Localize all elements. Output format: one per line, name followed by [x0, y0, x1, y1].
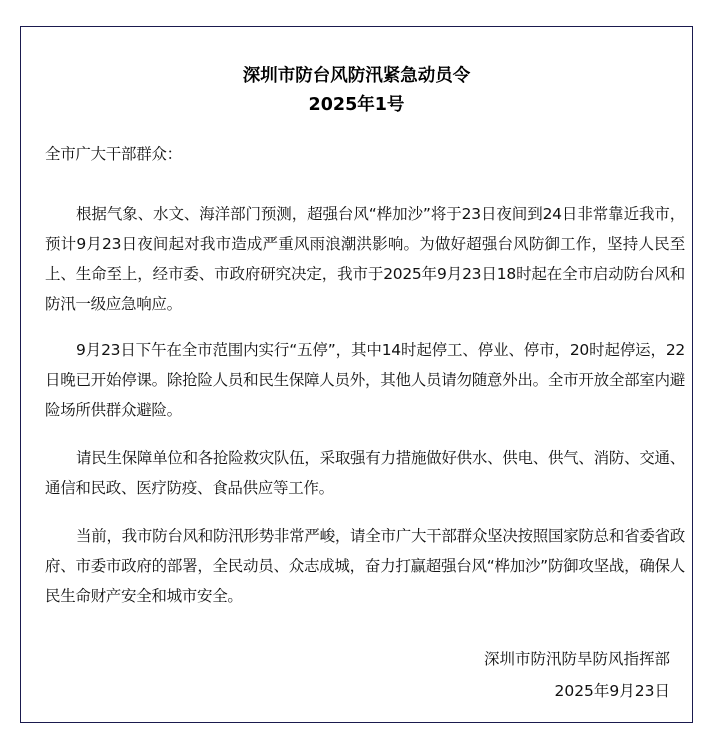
paragraph-1: 根据气象、水文、海洋部门预测，超强台风“桦加沙”将于23日夜间到24日非常靠近我…: [45, 199, 685, 319]
paragraph-3: 请民生保障单位和各抢险救灾队伍，采取强有力措施做好供水、供电、供气、消防、交通、…: [45, 443, 685, 503]
signature-date: 2025年9月23日: [554, 679, 670, 701]
signature-issuer: 深圳市防汛防旱防风指挥部: [484, 647, 670, 669]
document-title: 深圳市防台风防汛紧急动员令: [21, 62, 692, 87]
salutation: 全市广大干部群众：: [45, 139, 685, 169]
document-number: 2025年1号: [21, 91, 692, 116]
paragraph-4: 当前，我市防台风和防汛形势非常严峻，请全市广大干部群众坚决按照国家防总和省委省政…: [45, 521, 685, 611]
paragraph-2: 9月23日下午在全市范围内实行“五停”，其中14时起停工、停业、停市，20时起停…: [45, 335, 685, 425]
document-frame: 深圳市防台风防汛紧急动员令 2025年1号 全市广大干部群众： 根据气象、水文、…: [20, 26, 693, 723]
